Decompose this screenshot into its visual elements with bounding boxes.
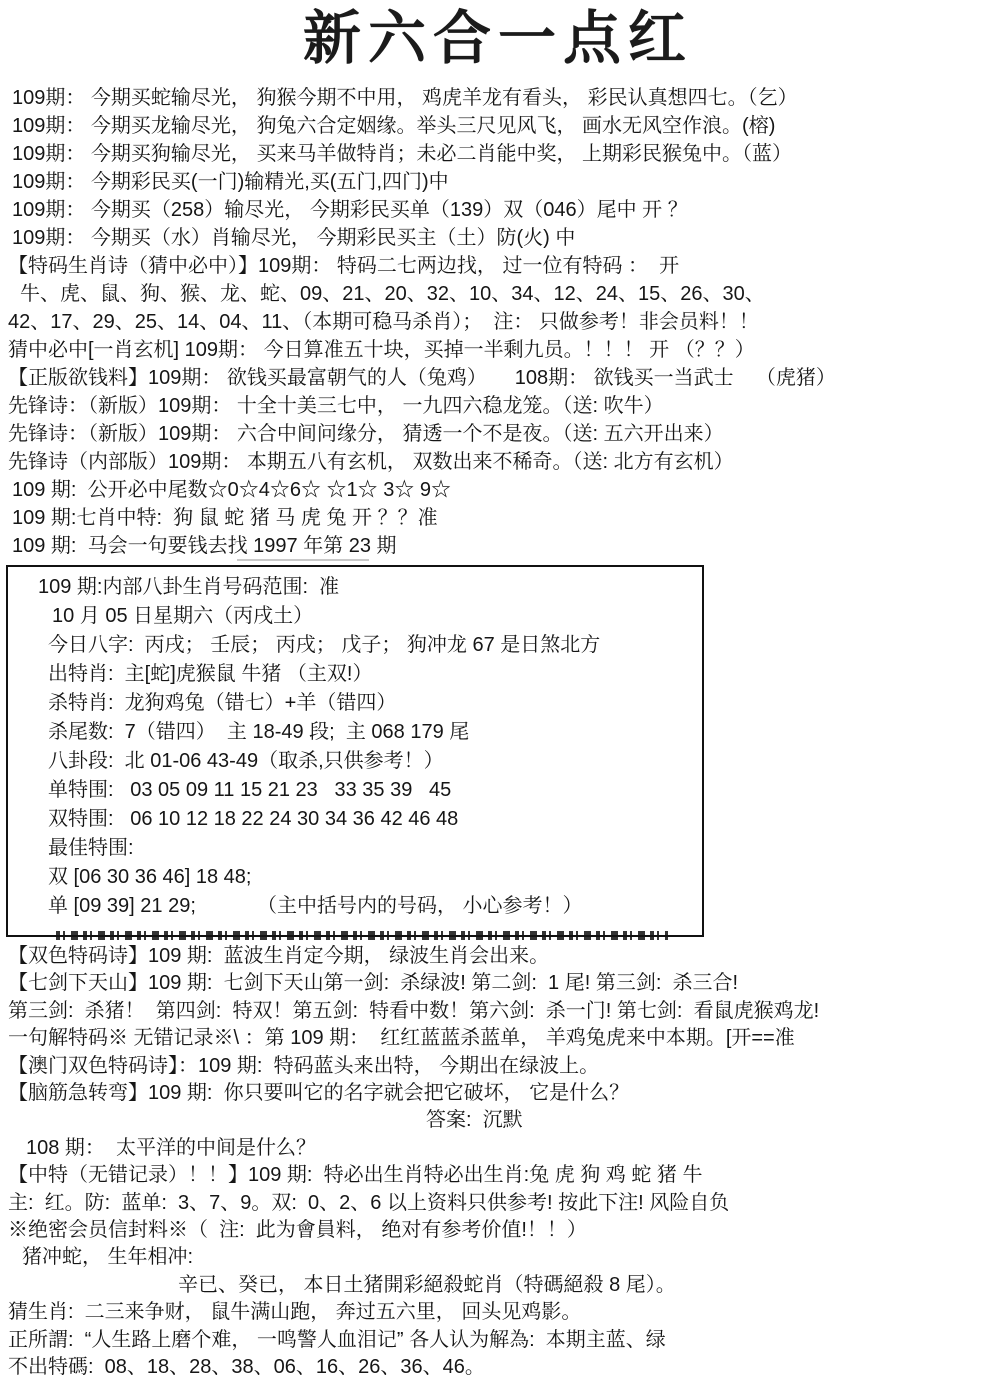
- text-line: 一句解特码※ 无错记录※\ ：第 109 期： 红红蓝蓝杀蓝单， 羊鸡兔虎来中本…: [8, 1025, 996, 1052]
- text-line: 42、17、29、25、14、04、11、（本期可稳马杀肖）； 注： 只做参考！…: [8, 308, 996, 336]
- text-line: 先锋诗：（新版）109期： 六合中间问缘分， 猜透一个不是夜。（送: 五六开出来…: [8, 420, 996, 448]
- text-line: 今日八字: 丙戌； 壬辰； 丙戌； 戊子； 狗冲龙 67 是日煞北方: [38, 631, 694, 660]
- text-line: 出特肖: 主[蛇]虎猴鼠 牛猪 （主双!）: [38, 660, 694, 689]
- text-line: 10 月 05 日星期六（丙戌土）: [38, 602, 694, 631]
- text-line: 【脑筋急转弯】109 期: 你只要叫它的名字就会把它破坏， 它是什么？: [8, 1080, 996, 1107]
- text-line: 【中特（无错记录）！！】109 期: 特必出生肖特必出生肖:兔 虎 狗 鸡 蛇 …: [8, 1162, 996, 1189]
- divider-line: [237, 559, 369, 561]
- text-line: 单特围: 03 05 09 11 15 21 23 33 35 39 45: [38, 776, 694, 805]
- text-line: 八卦段: 北 01-06 43-49（取杀,只供参考！）: [38, 747, 694, 776]
- text-line: 猪冲蛇， 生年相冲:: [8, 1244, 996, 1271]
- text-line: 杀特肖: 龙狗鸡兔（错七）+羊（错四）: [38, 689, 694, 718]
- text-line: 109 期: 马会一句要钱去找 1997 年第 23 期: [8, 532, 996, 560]
- text-line: 109期： 今期买狗输尽光， 买来马羊做特肖；未必二肖能中奖， 上期彩民猴兔中。…: [8, 140, 996, 168]
- text-line: 109期： 今期买龙输尽光， 狗兔六合定姻缘。举头三尺见风飞， 画水无风空作浪。…: [8, 112, 996, 140]
- text-line: 先锋诗（内部版）109期： 本期五八有玄机， 双数出来不稀奇。（送: 北方有玄机…: [8, 448, 996, 476]
- text-line: 双 [06 30 36 46] 18 48;: [38, 863, 694, 892]
- text-line: ※绝密会员信封料※（ 注: 此为會員料， 绝对有参考价值!！！）: [8, 1217, 996, 1244]
- tip-sheet-page: 新六合一点红 109期： 今期买蛇输尽光， 狗猴今期不中用， 鸡虎羊龙有看头， …: [0, 6, 996, 1382]
- text-line: 正所謂: “人生路上磨个难， 一鸣警人血泪记” 各人认为解為: 本期主蓝、绿: [8, 1327, 996, 1354]
- text-line: 牛、虎、鼠、狗、猴、龙、蛇、09、21、20、32、10、34、12、24、15…: [8, 280, 996, 308]
- text-line: 【七剑下天山】109 期: 七剑下天山第一剑: 杀绿波! 第二剑: 1 尾! 第…: [8, 970, 996, 997]
- text-line: 猜中必中[一肖玄机] 109期： 今日算准五十块，买掉一半剩九员。！！！ 开 （…: [8, 336, 996, 364]
- text-line: 单 [09 39] 21 29; （主中括号内的号码， 小心参考！）: [38, 892, 694, 921]
- text-line: 109 期:七肖中特: 狗 鼠 蛇 猪 马 虎 兔 开 ？？准: [8, 504, 996, 532]
- text-line: 109期： 今期买（水）肖输尽光， 今期彩民买主（土）防(火) 中: [8, 224, 996, 252]
- text-line: 109 期:内部八卦生肖号码范围: 准: [38, 573, 694, 602]
- text-line: 109 期: 公开必中尾数☆0☆4☆6☆ ☆1☆ 3☆ 9☆: [8, 476, 996, 504]
- page-title: 新六合一点红: [0, 6, 996, 72]
- text-line: 主: 红。防: 蓝单: 3、7、9。双: 0、2、6 以上资料只供参考! 按此下…: [8, 1190, 996, 1217]
- text-line: 杀尾数: 7（错四） 主 18-49 段; 主 068 179 尾: [38, 718, 694, 747]
- top-section: 109期： 今期买蛇输尽光， 狗猴今期不中用， 鸡虎羊龙有看头， 彩民认真想四七…: [8, 84, 996, 560]
- text-line: 【双色特码诗】109 期: 蓝波生肖定今期， 绿波生肖会出来。: [8, 943, 996, 970]
- text-line: 最佳特围:: [38, 834, 694, 863]
- text-line: 【特码生肖诗（猜中必中）】109期： 特码二七两边找， 过一位有特码 ： 开: [8, 252, 996, 280]
- text-line: 双特围: 06 10 12 18 22 24 30 34 36 42 46 48: [38, 805, 694, 834]
- bottom-section: 【双色特码诗】109 期: 蓝波生肖定今期， 绿波生肖会出来。【七剑下天山】10…: [8, 943, 996, 1382]
- text-line: 【正版欲钱料】109期： 欲钱买最富朝气的人（兔鸡） 108期： 欲钱买一当武士…: [8, 364, 996, 392]
- text-line: 109期： 今期买（258）输尽光， 今期彩民买单（139）双（046）尾中 开…: [8, 196, 996, 224]
- text-line: 第三剑: 杀猪！ 第四剑: 特双！第五剑: 特看中数！第六剑: 杀一门! 第七剑…: [8, 998, 996, 1025]
- text-line: 不出特碼: 08、18、28、38、06、16、26、36、46。: [8, 1354, 996, 1381]
- text-line: 猜生肖: 二三来争财， 鼠牛满山跑， 奔过五六里， 回头见鸡影。: [8, 1299, 996, 1326]
- clipped-text-artifact: [56, 931, 668, 940]
- text-line: 辛已、癸已， 本日土猪開彩絕殺蛇肖（特碼絕殺 8 尾）。: [8, 1272, 996, 1299]
- text-line: 109期： 今期彩民买(一门)输精光,买(五门,四门)中: [8, 168, 996, 196]
- text-line: 先锋诗：（新版）109期： 十全十美三七中， 一九四六稳龙笼。（送: 吹牛）: [8, 392, 996, 420]
- text-line: 108 期： 太平洋的中间是什么？: [8, 1135, 996, 1162]
- text-line: 答案: 沉默: [8, 1107, 996, 1134]
- bagua-box-lines: 109 期:内部八卦生肖号码范围: 准10 月 05 日星期六（丙戌土）今日八字…: [38, 573, 694, 921]
- text-line: 109期： 今期买蛇输尽光， 狗猴今期不中用， 鸡虎羊龙有看头， 彩民认真想四七…: [8, 84, 996, 112]
- bagua-info-box: 109 期:内部八卦生肖号码范围: 准10 月 05 日星期六（丙戌土）今日八字…: [6, 565, 704, 937]
- text-line: 【澳门双色特码诗】：109 期: 特码蓝头来出特， 今期出在绿波上。: [8, 1053, 996, 1080]
